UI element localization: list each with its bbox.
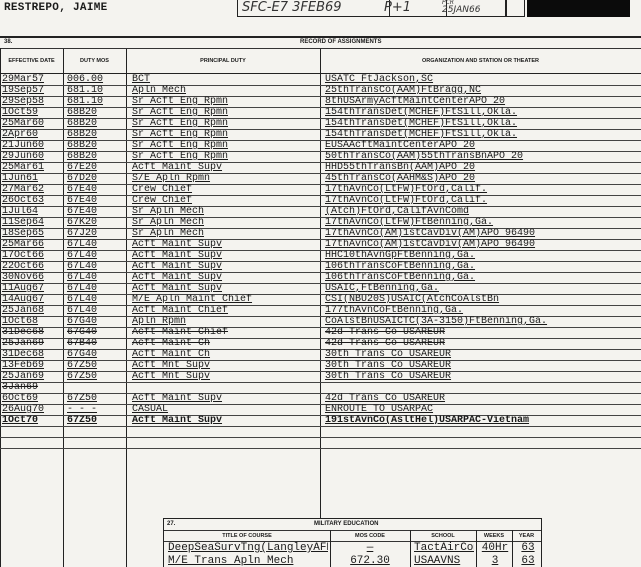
principal-duty-cell: Acft Maint Chief	[132, 305, 318, 316]
empty-box	[505, 0, 525, 17]
effective-date-cell: 19Sep57	[2, 85, 62, 96]
organization-cell: ENROUTE TO USARPAC	[325, 404, 641, 415]
organization-cell: 42d Trans Co USAREUR	[325, 338, 641, 349]
effective-date-cell: 25Mar60	[2, 118, 62, 129]
section-number: 38.	[4, 39, 12, 45]
col-header-principal-duty: PRINCIPAL DUTY	[126, 49, 320, 74]
duty-mos-cell: 67K20	[67, 217, 125, 228]
principal-duty-cell: S/E Apln Rpmn	[132, 173, 318, 184]
principal-duty-cell: Apln Rpmn	[132, 316, 318, 327]
principal-duty-cell: Acft Mnt Supv	[132, 360, 318, 371]
duty-mos-cell: 68B20	[67, 151, 125, 162]
duty-mos-cell: 67L40	[67, 283, 125, 294]
effective-date-cell: 31Dec68	[2, 327, 62, 338]
edu-divider	[476, 530, 477, 567]
duty-mos-cell: 67E40	[67, 206, 125, 217]
principal-duty-cell: M/E Apln Maint Chief	[132, 294, 318, 305]
principal-duty-cell: Acft Maint Ch	[132, 338, 318, 349]
col-header-effective-date: EFFECTIVE DATE	[0, 49, 63, 74]
course-mos-cell: 672.30	[334, 555, 406, 567]
edu-col-year: YEAR	[512, 530, 541, 542]
effective-date-cell: 1Oct68	[2, 316, 62, 327]
principal-duty-cell: Acft Maint Supv	[132, 283, 318, 294]
effective-date-cell: 26Aug70	[2, 404, 62, 415]
organization-cell: 154thTransDet(MCHEF)FtSill,Okla.	[325, 107, 641, 118]
effective-date-cell: 29Mar57	[2, 74, 62, 85]
principal-duty-cell: Sr Acft Eng Rpmn	[132, 140, 318, 151]
col-header-duty-mos: DUTY MOS	[63, 49, 126, 74]
principal-duty-cell: Apln Mech	[132, 85, 318, 96]
organization-cell: 30th Trans Co USAREUR	[325, 371, 641, 382]
principal-duty-cell: Acft Maint Supv	[132, 272, 318, 283]
duty-mos-cell: 67L40	[67, 294, 125, 305]
organization-cell: EUSAAcftMaintCenterAPO 20	[325, 140, 641, 151]
principal-duty-cell: Sr Acft Eng Rpmn	[132, 107, 318, 118]
effective-date-cell: 30Nov66	[2, 272, 62, 283]
edu-col-title: TITLE OF COURSE	[164, 530, 330, 542]
organization-cell: 30th Trans Co USAREUR	[325, 349, 641, 360]
organization-cell: CSI(NBU20S)USAIC(AtchCoAlstBn	[325, 294, 641, 305]
organization-cell: HHD55thTransBn(AAM)APO 20	[325, 162, 641, 173]
duty-mos-cell: 681.10	[67, 96, 125, 107]
effective-date-cell: 1Oct70	[2, 415, 62, 426]
course-title-cell: M/E Trans Apln Mech	[168, 555, 328, 567]
duty-mos-cell: 67E40	[67, 184, 125, 195]
organization-cell: 17thAvnCo(LtFW)FtOrd,Calif.	[325, 184, 641, 195]
duty-mos-cell: 67G40	[67, 349, 125, 360]
duty-mos-cell: 67G40	[67, 327, 125, 338]
effective-date-cell: 22Oct66	[2, 261, 62, 272]
principal-duty-cell: Acft Maint Supv	[132, 162, 318, 173]
duty-mos-cell: 68B20	[67, 118, 125, 129]
principal-duty-cell: Crew Chief	[132, 195, 318, 206]
duty-mos-cell: 67J20	[67, 228, 125, 239]
organization-cell: CoAlstBnUSAICTC(3A-3150)FtBenning,Ga.	[325, 316, 641, 327]
duty-mos-cell: 67D20	[67, 173, 125, 184]
duty-mos-cell: 681.10	[67, 85, 125, 96]
service-member-name: RESTREPO, JAIME	[4, 2, 108, 14]
effective-date-cell: 27Mar62	[2, 184, 62, 195]
edu-section-title: MILITARY EDUCATION	[314, 521, 378, 527]
effective-date-cell: 29Jun60	[2, 151, 62, 162]
duty-mos-cell: 67L40	[67, 239, 125, 250]
organization-cell: USATC FtJackson,SC	[325, 74, 641, 85]
duty-mos-cell: - - -	[67, 404, 125, 415]
duty-mos-cell: 67Z50	[67, 415, 125, 426]
edu-col-weeks: WEEKS	[476, 530, 512, 542]
duty-mos-cell: 67G40	[67, 316, 125, 327]
edu-divider	[330, 530, 331, 567]
organization-cell: 42d Trans Co USAREUR	[325, 327, 641, 338]
principal-duty-cell: Acft Maint Ch	[132, 349, 318, 360]
effective-date-cell: 25Mar61	[2, 162, 62, 173]
principal-duty-cell: Sr Acft Eng Rpmn	[132, 118, 318, 129]
organization-cell: (Atch)FtOrd,CalifAvnComd	[325, 206, 641, 217]
effective-date-cell: 21Jun60	[2, 140, 62, 151]
principal-duty-cell: Sr Apln Mech	[132, 206, 318, 217]
principal-duty-cell: Acft Maint Supv	[132, 393, 318, 404]
table-row	[0, 437, 641, 449]
effective-date-cell: 14Aug67	[2, 294, 62, 305]
principal-duty-cell: Acft Maint Supv	[132, 415, 318, 426]
duty-mos-cell: 67E20	[67, 162, 125, 173]
organization-cell: 42d Trans Co USAREUR	[325, 393, 641, 404]
section-title: RECORD OF ASSIGNMENTS	[300, 39, 381, 45]
course-year-cell: 63	[516, 555, 540, 567]
effective-date-cell: 18Sep65	[2, 228, 62, 239]
organization-cell: 191stAvnCo(AsltHel)USARPAC-Vietnam	[325, 415, 641, 426]
military-education: 27. MILITARY EDUCATION TITLE OF COURSE M…	[163, 518, 542, 567]
effective-date-cell: 25Mar66	[2, 239, 62, 250]
organization-cell: 8thUSArmyAcftMaintCenterAPO 20	[325, 96, 641, 107]
course-school-cell: TactAirComd	[414, 542, 474, 554]
principal-duty-cell: Sr Apln Mech	[132, 228, 318, 239]
duty-mos-cell: 67L40	[67, 272, 125, 283]
effective-date-cell: 25Jan69	[2, 371, 62, 382]
effective-date-cell: 3Jan69	[2, 382, 62, 393]
organization-cell: 17thAvnCo(AM)1stCavDiv(AM)APO 96490	[325, 239, 641, 250]
organization-cell: 106thTransCoFtBenning,Ga.	[325, 261, 641, 272]
principal-duty-cell: Acft Mnt Supv	[132, 371, 318, 382]
organization-cell: 45thTransCo(AAHM&S)APO 20	[325, 173, 641, 184]
edu-section-number: 27.	[167, 521, 175, 527]
effective-date-cell: 26Oct63	[2, 195, 62, 206]
organization-cell: 154thTransDet(MCHEF)FtSill,Okla.	[325, 118, 641, 129]
effective-date-cell: 17Oct66	[2, 250, 62, 261]
duty-mos-cell: 67Z50	[67, 371, 125, 382]
organization-cell: 17thAvnCo(AM)1stCavDiv(AM)APO 96490	[325, 228, 641, 239]
effective-date-cell: 11Sep64	[2, 217, 62, 228]
duty-mos-cell: 68B20	[67, 140, 125, 151]
principal-duty-cell: Acft Maint Supv	[132, 239, 318, 250]
duty-mos-cell: 68B20	[67, 107, 125, 118]
grade-date-box: SFC-E7 3FEB69	[237, 0, 390, 17]
effective-date-cell: 1Jun61	[2, 173, 62, 184]
organization-cell: 106thTransCoFtBenning,Ga.	[325, 272, 641, 283]
redacted-block	[527, 0, 630, 17]
principal-duty-cell: CASUAL	[132, 404, 318, 415]
effective-date-cell: 1Jul64	[2, 206, 62, 217]
effective-date-cell: 6Oct69	[2, 393, 62, 404]
principal-duty-cell: Sr Acft Eng Rpmn	[132, 129, 318, 140]
grade-date-text: SFC-E7 3FEB69	[242, 0, 342, 15]
course-weeks-cell: 3	[479, 555, 511, 567]
course-school-cell: USAAVNS	[414, 555, 474, 567]
principal-duty-cell: Sr Acft Eng Rpmn	[132, 151, 318, 162]
duty-mos-cell: 67B40	[67, 338, 125, 349]
duty-mos-cell: 67Z50	[67, 393, 125, 404]
edu-col-school: SCHOOL	[410, 530, 476, 542]
section-header: 38. RECORD OF ASSIGNMENTS	[0, 38, 641, 49]
principal-duty-cell: Acft Maint Chief	[132, 327, 318, 338]
effective-date-cell: 13Feb69	[2, 360, 62, 371]
principal-duty-cell: Sr Acft Eng Rpmn	[132, 96, 318, 107]
organization-cell: 50thTransCo(AAM)55thTransBnAPO 20	[325, 151, 641, 162]
edu-col-mos-code: MOS CODE	[330, 530, 410, 542]
duty-mos-cell: 68B20	[67, 129, 125, 140]
duty-mos-cell: 006.00	[67, 74, 125, 85]
duty-mos-cell: 67Z50	[67, 360, 125, 371]
principal-duty-cell: Sr Apln Mech	[132, 217, 318, 228]
course-year-cell: 63	[516, 542, 540, 554]
duty-mos-cell: 67E40	[67, 195, 125, 206]
handwritten-mark-box: P+1	[380, 0, 447, 17]
organization-cell: 17thAvnCo(LtFW)FtBenning,Ga.	[325, 217, 641, 228]
handwritten-mark: P+1	[384, 0, 411, 15]
duty-mos-cell: 67L40	[67, 250, 125, 261]
course-mos-cell: —	[334, 542, 406, 554]
effective-date-cell: 11Aug67	[2, 283, 62, 294]
principal-duty-cell: Acft Maint Supv	[132, 261, 318, 272]
course-title-cell: DeepSeaSurvTng(LangleyAFB)	[168, 542, 328, 554]
organization-cell: 25thTransCo(AAM)FtBragg,NC	[325, 85, 641, 96]
course-weeks-cell: 40Hr	[479, 542, 511, 554]
organization-cell: USAIC,FtBenning,Ga.	[325, 283, 641, 294]
organization-cell: 17thAvnCo(LtFW)FtOrd,Calif.	[325, 195, 641, 206]
effective-date-cell: 2Apr60	[2, 129, 62, 140]
organization-cell: 30th Trans Co USAREUR	[325, 360, 641, 371]
principal-duty-cell: Acft Maint Supv	[132, 250, 318, 261]
col-header-organization: ORGANIZATION AND STATION OR THEATER	[320, 49, 641, 74]
effective-date-cell: 31Dec68	[2, 349, 62, 360]
organization-cell: 154thTransDet(MCHEF)FtSill,Okla.	[325, 129, 641, 140]
date-box: PCR 25JAN66	[438, 0, 507, 17]
record-of-assignments: 38. RECORD OF ASSIGNMENTS EFFECTIVE DATE…	[0, 36, 641, 567]
principal-duty-cell: BCT	[132, 74, 318, 85]
duty-mos-cell: 67L40	[67, 261, 125, 272]
date-box-value: 25JAN66	[442, 6, 502, 14]
duty-mos-cell: 67L40	[67, 305, 125, 316]
effective-date-cell: 1Oct59	[2, 107, 62, 118]
edu-divider	[410, 530, 411, 567]
effective-date-cell: 25Jan68	[2, 305, 62, 316]
principal-duty-cell: Crew Chief	[132, 184, 318, 195]
effective-date-cell: 29Sep58	[2, 96, 62, 107]
edu-divider	[512, 530, 513, 567]
organization-cell: 177thAvnCoFtBenning,Ga.	[325, 305, 641, 316]
organization-cell: HHC10thAvnGpFtBenning,Ga.	[325, 250, 641, 261]
effective-date-cell: 25Jan69	[2, 338, 62, 349]
